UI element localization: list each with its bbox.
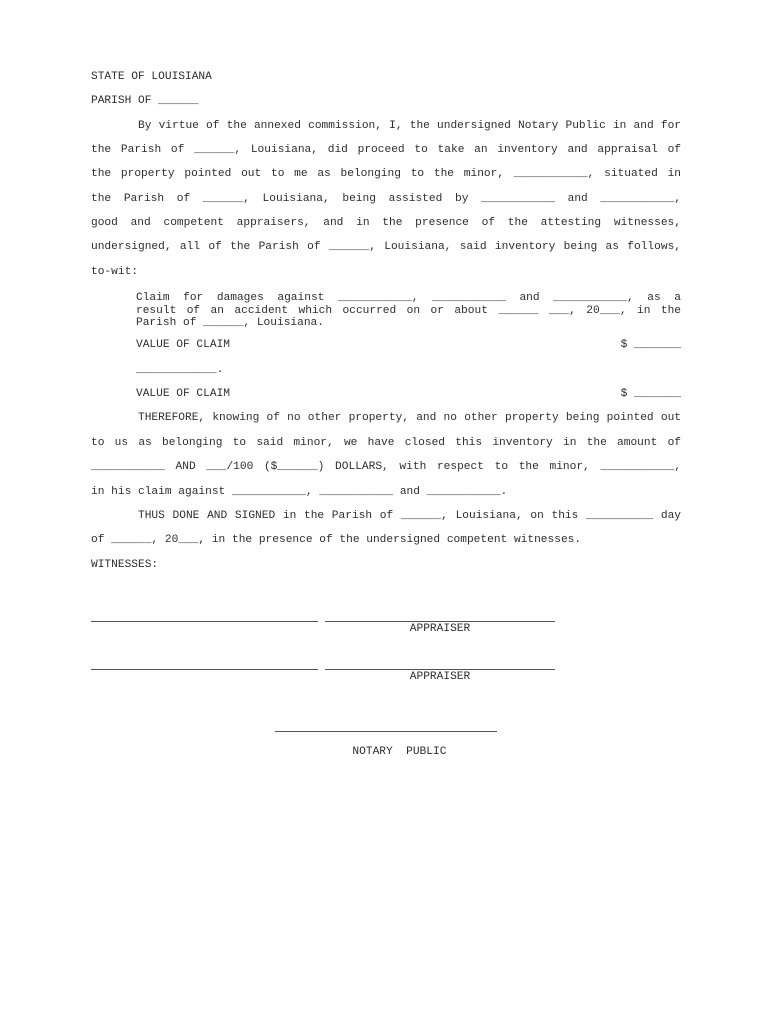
document-page: STATE OF LOUISIANA PARISH OF ______ By v…	[0, 0, 770, 1024]
witness-signature-line	[91, 621, 318, 638]
notary-signature-line: NOTARY PUBLIC	[275, 731, 497, 772]
appraiser-signature-line: APPRAISER	[325, 669, 555, 686]
value-blank-line: ____________.	[136, 358, 681, 382]
claim-amount-blank: $ _______	[621, 382, 681, 406]
therefore-line: to us as belonging to said minor, we hav…	[91, 431, 681, 455]
intro-line: to-wit:	[91, 260, 681, 284]
state-line: STATE OF LOUISIANA	[91, 65, 681, 89]
signature-row-1: APPRAISER	[91, 621, 555, 638]
intro-line: the Parish of ______, Louisiana, being a…	[91, 187, 681, 211]
value-of-claim-row: VALUE OF CLAIM $ _______	[136, 382, 681, 406]
therefore-line: in his claim against ___________, ______…	[91, 480, 681, 504]
value-of-claim-label: VALUE OF CLAIM	[136, 382, 230, 406]
therefore-line: THEREFORE, knowing of no other property,…	[91, 406, 681, 430]
witnesses-label: WITNESSES:	[91, 553, 681, 577]
appraiser-label: APPRAISER	[410, 623, 470, 635]
intro-line: undersigned, all of the Parish of ______…	[91, 235, 681, 259]
witness-signature-line	[91, 669, 318, 686]
therefore-line: ___________ AND ___/100 ($______) DOLLAR…	[91, 455, 681, 479]
document-body: STATE OF LOUISIANA PARISH OF ______ By v…	[91, 65, 681, 577]
value-of-claim-row: VALUE OF CLAIM $ _______	[136, 333, 681, 357]
appraiser-signature-line: APPRAISER	[325, 621, 555, 638]
intro-line: the Parish of ______, Louisiana, did pro…	[91, 138, 681, 162]
thus-line: THUS DONE AND SIGNED in the Parish of __…	[91, 504, 681, 528]
intro-line: the property pointed out to me as belong…	[91, 162, 681, 186]
claim-amount-blank: $ _______	[621, 333, 681, 357]
value-of-claim-label: VALUE OF CLAIM	[136, 333, 230, 357]
intro-line: By virtue of the annexed commission, I, …	[91, 114, 681, 138]
parish-line: PARISH OF ______	[91, 89, 681, 113]
thus-line: of ______, 20___, in the presence of the…	[91, 528, 681, 552]
appraiser-label: APPRAISER	[410, 671, 470, 683]
claim-line: result of an accident which occurred on …	[136, 305, 681, 317]
intro-line: good and competent appraisers, and in th…	[91, 211, 681, 235]
thus-done-paragraph: THUS DONE AND SIGNED in the Parish of __…	[91, 504, 681, 553]
notary-public-label: NOTARY PUBLIC	[352, 746, 446, 758]
claim-paragraph: Claim for damages against ___________, _…	[136, 292, 681, 329]
claim-line: Parish of ______, Louisiana.	[136, 317, 681, 329]
signature-row-2: APPRAISER	[91, 669, 555, 686]
therefore-paragraph: THEREFORE, knowing of no other property,…	[91, 406, 681, 503]
claim-line: Claim for damages against ___________, _…	[136, 292, 681, 304]
intro-paragraph: By virtue of the annexed commission, I, …	[91, 114, 681, 284]
